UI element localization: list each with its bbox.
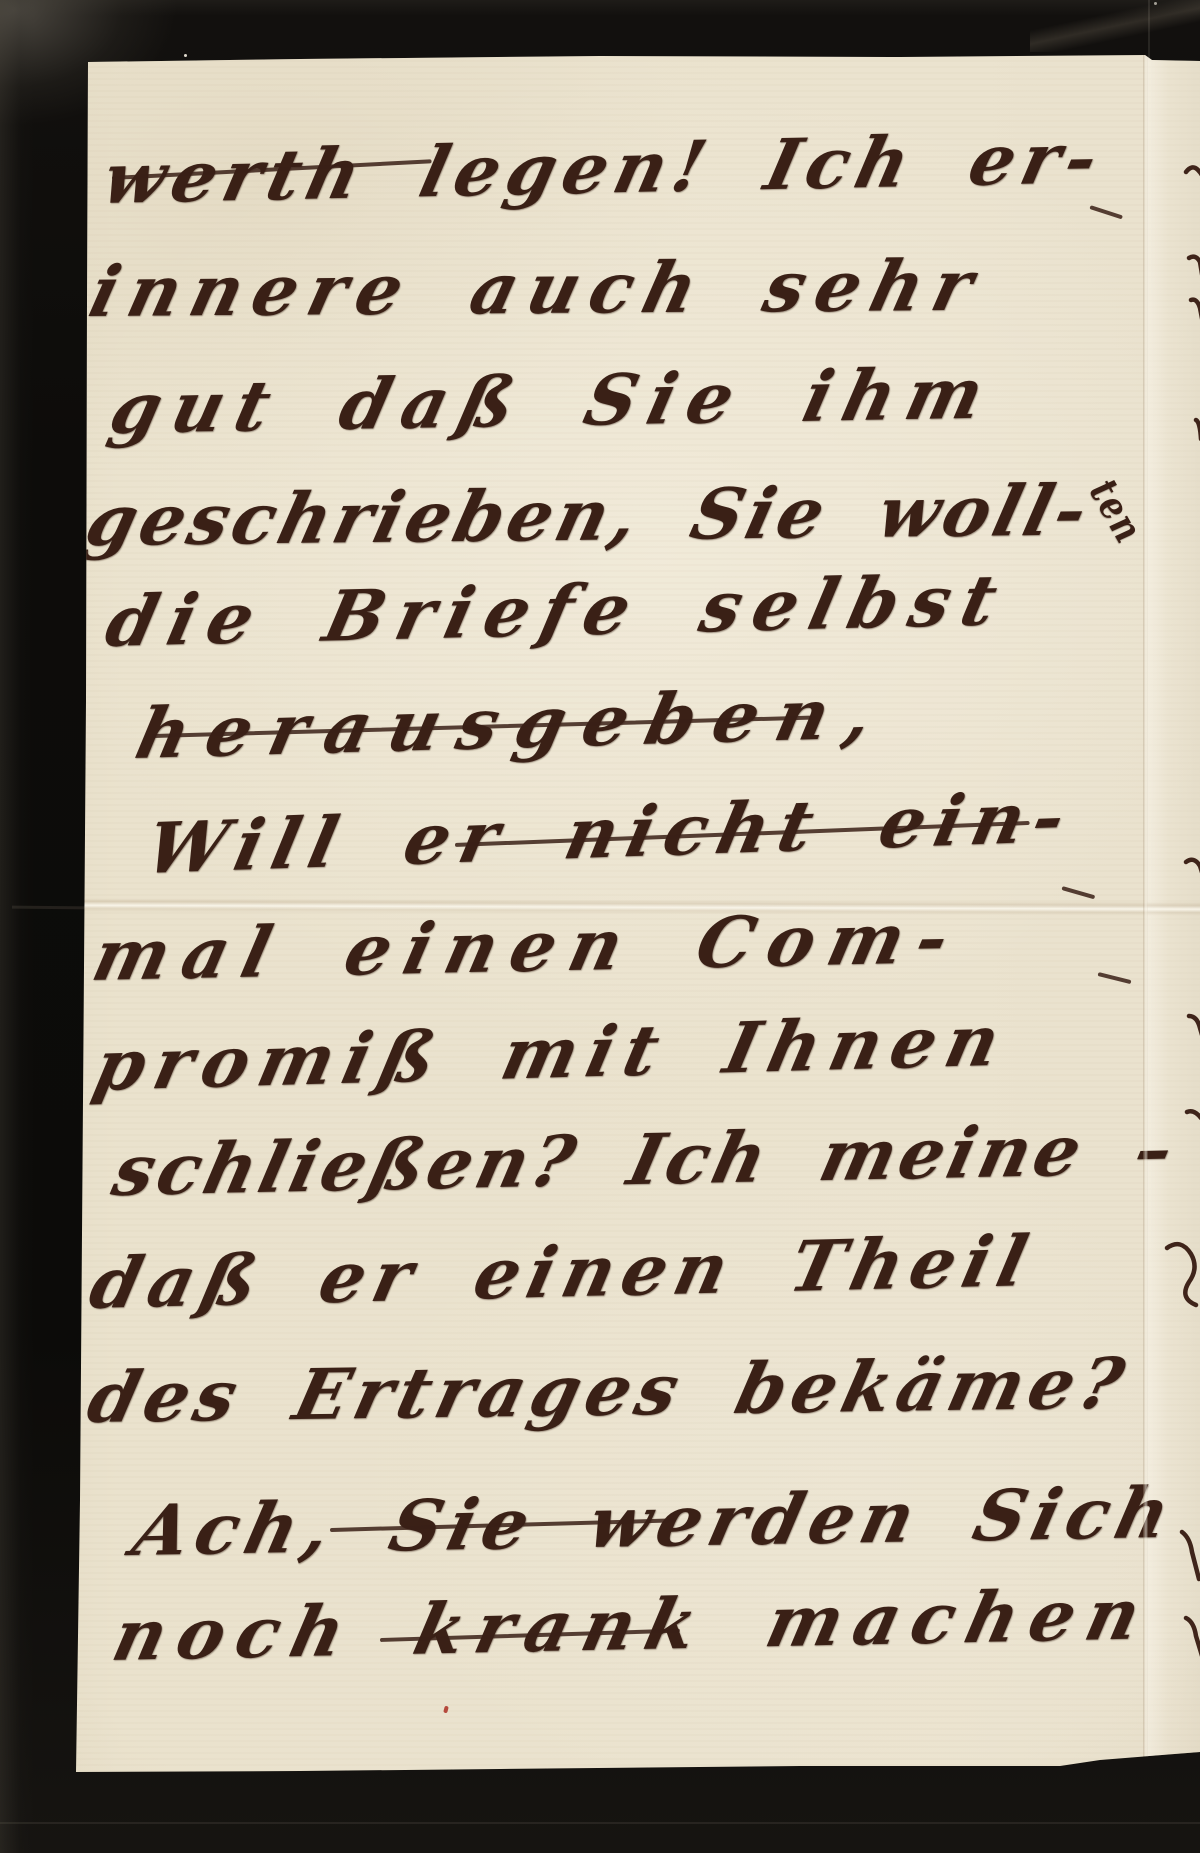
paper-vignette <box>0 0 1200 1853</box>
mat-edge-top <box>0 0 1200 16</box>
letter-page: werth legen! Ich er- innere auch sehr gu… <box>0 0 1200 1853</box>
mat-edge-left <box>0 0 34 1853</box>
mat-top-right-streak <box>1030 0 1200 52</box>
photo-frame: werth legen! Ich er- innere auch sehr gu… <box>0 0 1200 1853</box>
dust-speck <box>1154 2 1157 5</box>
mat-bottom-crease-line <box>0 1822 1200 1824</box>
mat-crease-above-paper <box>1148 0 1150 60</box>
dust-speck <box>184 54 187 57</box>
